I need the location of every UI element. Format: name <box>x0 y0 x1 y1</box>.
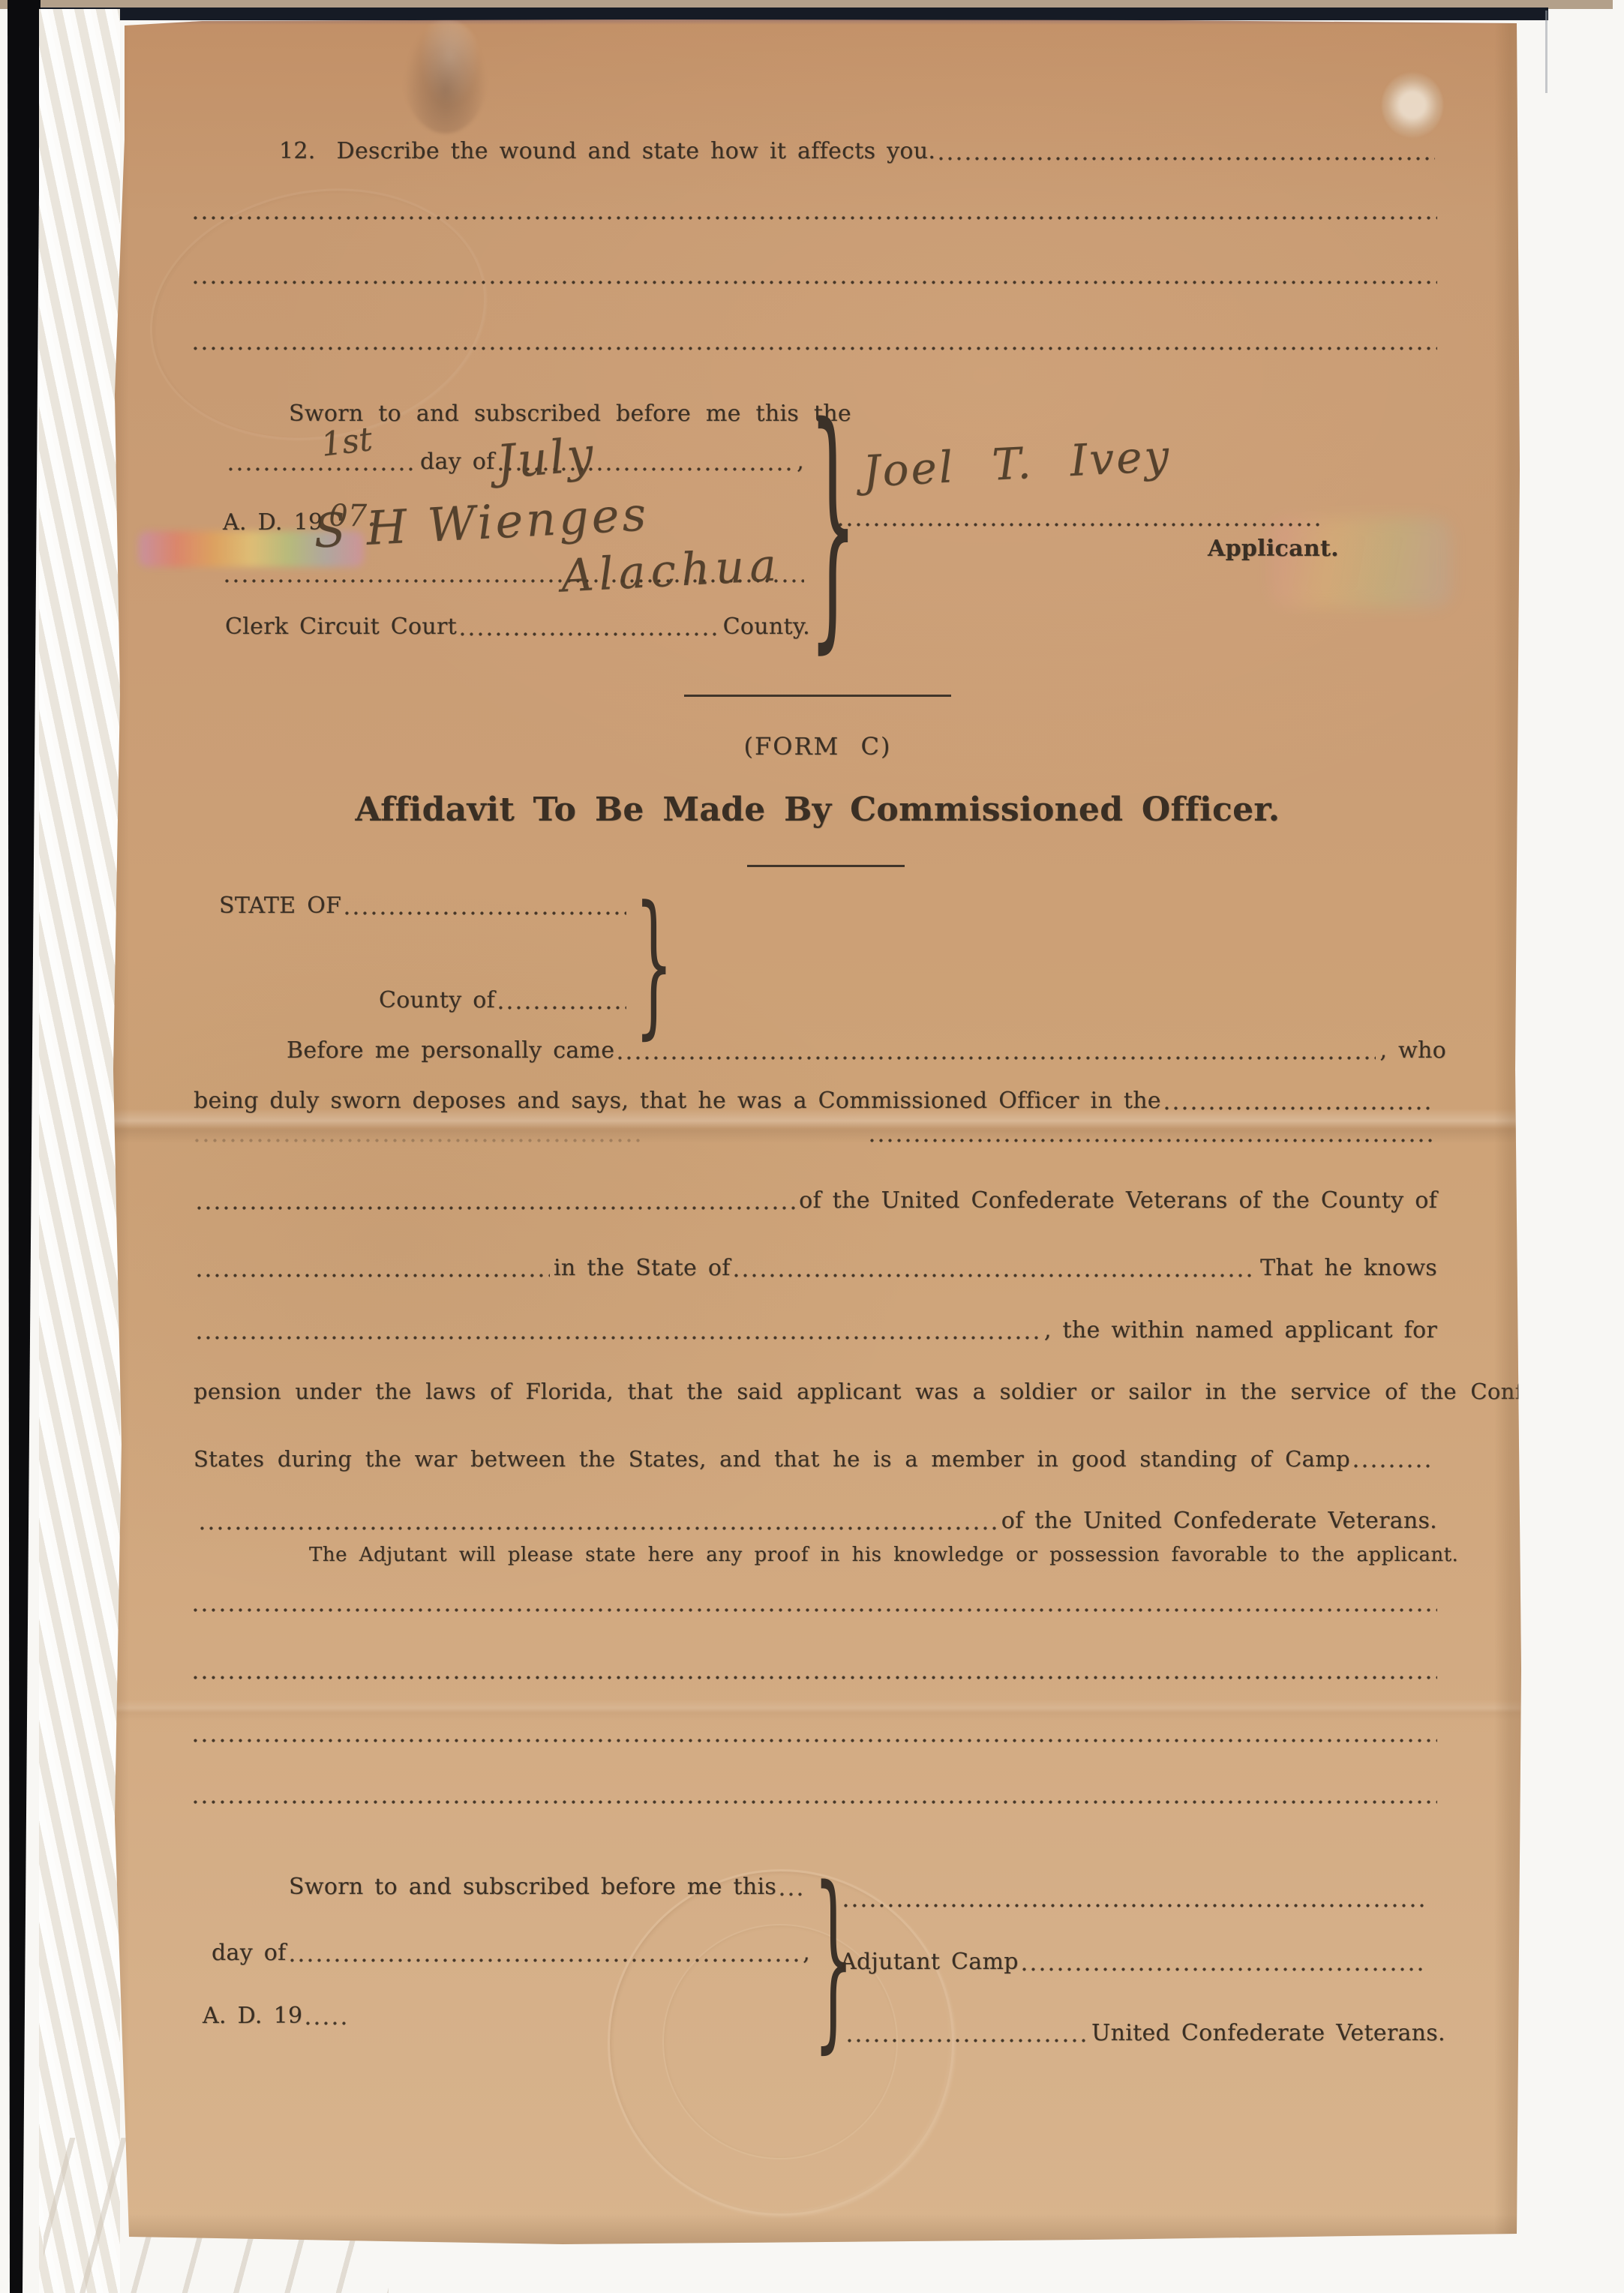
form-c-label: (FORM C) <box>744 732 892 761</box>
comma: , <box>803 1940 810 1966</box>
jurat2-line1-row: Sworn to and subscribed before me this <box>289 1874 810 1900</box>
state-name-blank <box>734 1255 1256 1281</box>
county-blank <box>499 987 626 1013</box>
county-name-blank <box>197 1255 550 1281</box>
divider-rule <box>684 695 951 697</box>
paper-damage-spot <box>1382 72 1443 138</box>
unit-blank <box>1165 1088 1433 1114</box>
sleeve-rainbow-reflection <box>1271 518 1451 608</box>
state-of-row: STATE OF <box>219 893 630 919</box>
commissioned-row: being duly sworn deposes and says, that … <box>194 1088 1437 1114</box>
document-page: 12. Describe the wound and state how it … <box>113 20 1523 2247</box>
form-c-row: (FORM C) <box>113 732 1523 761</box>
jurat1-text: Sworn to and subscribed before me this t… <box>289 401 851 427</box>
year-blank2 <box>306 2003 350 2029</box>
jurat2-text: Sworn to and subscribed before me this <box>289 1874 776 1900</box>
adjutant-note-row: The Adjutant will please state here any … <box>309 1544 1344 1566</box>
adjutant-camp-row: Adjutant Camp <box>840 1949 1427 1975</box>
fold-crease <box>113 1700 1523 1721</box>
unit-blank2 <box>197 1187 795 1214</box>
name-blank <box>618 1037 1376 1064</box>
state-blank <box>345 893 626 919</box>
states-camp-text: States during the war between the States… <box>194 1446 1350 1472</box>
officer-signature-line <box>844 1904 1425 1907</box>
jurat2-day-row: day of , <box>212 1940 810 1966</box>
camp-blank2 <box>1022 1949 1423 1975</box>
obscured-blank-line <box>195 1139 645 1142</box>
handwritten-county: Alachua <box>560 539 782 602</box>
applicant-name-blank <box>197 1317 1040 1343</box>
before-me-row: Before me personally came , who <box>287 1037 1446 1064</box>
answer-blank-line <box>194 281 1437 284</box>
obscured-blank-line <box>870 1139 1437 1142</box>
paper-top-edge <box>113 20 1523 25</box>
ad-label: A. D. 19 <box>223 509 323 536</box>
page-title: Affidavit To Be Made By Commissioned Off… <box>356 791 1280 829</box>
stain-blot <box>404 20 488 134</box>
answer-blank <box>939 138 1435 164</box>
plastic-sleeve <box>39 9 120 2293</box>
handwritten-month: July <box>494 426 598 489</box>
clerk-court-label: Clerk Circuit Court <box>225 614 457 640</box>
jurat2-year-row: A. D. 19 <box>203 2003 360 2029</box>
county-of-label: County of <box>379 987 495 1013</box>
scan-top-band <box>33 8 1548 20</box>
ucv-county-text: of the United Confederate Veterans of th… <box>799 1187 1437 1214</box>
day-blank2 <box>780 1874 806 1900</box>
ucv-end-text: of the United Confederate Veterans. <box>1001 1508 1437 1534</box>
jurat1-clerk-line: Clerk Circuit Court County. <box>225 614 810 640</box>
comma: , <box>797 449 804 475</box>
adjutant-note-text: The Adjutant will please state here any … <box>309 1544 1458 1566</box>
proof-blank-line <box>194 1676 1437 1679</box>
before-me-text: Before me personally came <box>287 1037 614 1064</box>
ad-label2: A. D. 19 <box>203 2003 302 2029</box>
county-of-row: County of <box>379 987 630 1013</box>
county-blank <box>461 614 719 640</box>
within-named-text: , the within named applicant for <box>1044 1317 1437 1343</box>
month-blank2 <box>290 1940 800 1966</box>
scanner-edge-strip <box>0 0 45 2293</box>
handwritten-day: 1st <box>319 420 374 464</box>
question-12-text: Describe the wound and state how it affe… <box>337 138 936 164</box>
state-county-brace: } <box>635 887 674 1043</box>
divider-rule <box>747 865 905 867</box>
applicant-signature: Joel T. Ivey <box>862 430 1172 497</box>
adjutant-camp-label: Adjutant Camp <box>840 1949 1019 1975</box>
proof-blank-line <box>194 1608 1437 1612</box>
ucv-end-row: of the United Confederate Veterans. <box>197 1508 1437 1534</box>
day-of-label2: day of <box>212 1940 287 1966</box>
ucv-label: United Confederate Veterans. <box>1091 2020 1445 2046</box>
jurat1-brace: } <box>809 396 857 657</box>
knows-text: That he knows <box>1260 1255 1437 1281</box>
ucv-row: United Confederate Veterans. <box>844 2020 1429 2046</box>
proof-blank-line <box>194 1800 1437 1804</box>
question-12-number: 12. <box>279 138 316 164</box>
ucv-county-row: of the United Confederate Veterans of th… <box>194 1187 1437 1214</box>
pension-text: pension under the laws of Florida, that … <box>194 1379 1610 1404</box>
applicant-label: Applicant. <box>1208 536 1339 562</box>
applicant-signature-line <box>839 523 1323 527</box>
scan-edge-line <box>1545 11 1547 93</box>
states-camp-row: States during the war between the States… <box>194 1446 1437 1472</box>
proof-blank-line <box>194 1739 1437 1742</box>
applicant-label-row: Applicant. <box>1208 536 1339 562</box>
answer-blank-line <box>194 216 1437 220</box>
in-state-row: in the State of That he knows <box>194 1255 1437 1281</box>
in-state-text: in the State of <box>554 1255 731 1281</box>
county-suffix-label: County. <box>723 614 810 640</box>
camp-blank <box>1354 1446 1433 1472</box>
scanned-pension-form: 12. Describe the wound and state how it … <box>0 0 1624 2293</box>
paper-right-edge <box>1494 20 1523 2247</box>
answer-blank-line <box>194 347 1437 350</box>
who-text: , who <box>1379 1037 1446 1064</box>
within-named-row: , the within named applicant for <box>194 1317 1437 1343</box>
commissioned-text: being duly sworn deposes and says, that … <box>194 1088 1161 1114</box>
pension-row: pension under the laws of Florida, that … <box>194 1379 1437 1404</box>
title-row: Affidavit To Be Made By Commissioned Off… <box>113 791 1523 829</box>
question-12: 12. Describe the wound and state how it … <box>279 138 1439 164</box>
camp-number-blank <box>848 2020 1088 2046</box>
state-of-label: STATE OF <box>219 893 341 919</box>
camp-name-blank <box>200 1508 998 1534</box>
day-of-label: day of <box>420 449 495 475</box>
